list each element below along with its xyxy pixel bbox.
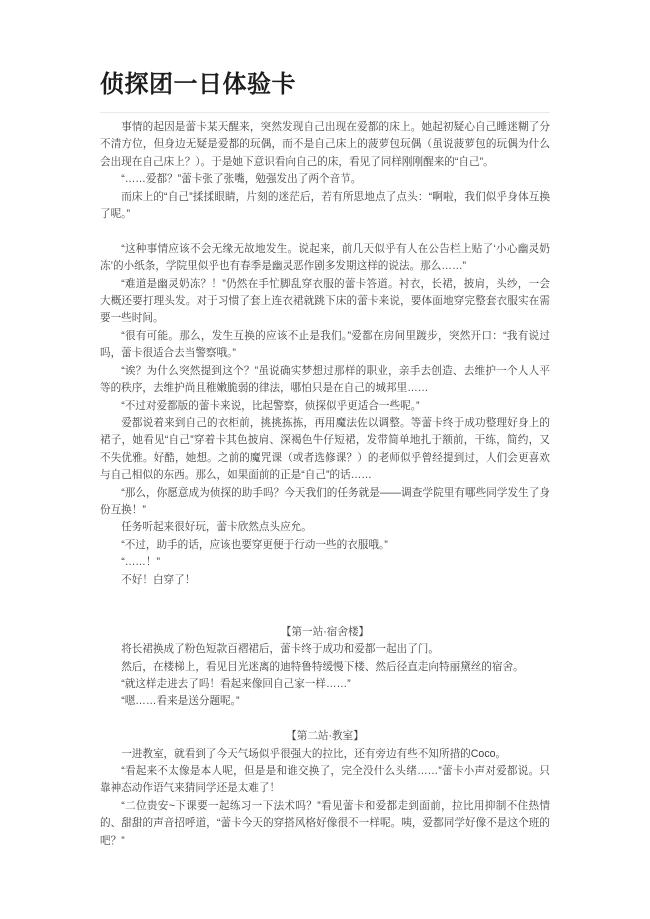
paragraph: “这种事情应该不会无缘无故地发生。说起来，前几天似乎有人在公告栏上贴了‘小心幽灵…	[100, 241, 550, 276]
paragraph: “……爱都？”蕾卡张了张嘴，勉强发出了两个音节。	[100, 171, 550, 188]
paragraph: 一进教室，就看到了今天气场似乎很强大的拉比，还有旁边有些不知所措的Coco。	[100, 746, 550, 763]
paragraph: “诶？为什么突然提到这个？”虽说确实梦想过那样的职业，亲手去创造、去维护一个人人…	[100, 363, 550, 398]
page-title: 侦探团一日体验卡	[100, 70, 550, 100]
paragraph: 然后，在楼梯上，看见目光迷离的迪特鲁特缓慢下楼、然后径直走向特丽黛丝的宿舍。	[100, 659, 550, 676]
blank-line	[100, 589, 550, 606]
paragraph: 任务听起来很好玩，蕾卡欣然点头应允。	[100, 519, 550, 536]
paragraph: “二位贵安~下课要一起练习一下法术吗？”看见蕾卡和爱都走到面前，拉比用抑制不住热…	[100, 798, 550, 850]
paragraph: 事情的起因是蕾卡某天醒来，突然发现自己出现在爱都的床上。她起初疑心自己睡迷糊了分…	[100, 119, 550, 171]
paragraph: “嗯……看来是送分题呢。”	[100, 693, 550, 710]
blank-line	[100, 223, 550, 240]
paragraph: “不过对爱都版的蕾卡来说，比起警察，侦探似乎更适合一些呢。”	[100, 398, 550, 415]
paragraph: 爱都说着来到自己的衣柜前，挑挑拣拣，再用魔法佐以调整。等蕾卡终于成功整理好身上的…	[100, 415, 550, 485]
section-heading: 【第一站·宿舍楼】	[100, 624, 550, 641]
paragraph: “……！”	[100, 554, 550, 571]
blank-line	[100, 711, 550, 728]
paragraph: 而床上的“自己”揉揉眼睛，片刻的迷茫后，若有所思地点了点头：“啊啦，我们似乎身体…	[100, 189, 550, 224]
paragraph: “不过，助手的话，应该也要穿更便于行动一些的衣服哦。”	[100, 537, 550, 554]
paragraph: 不好！白穿了！	[100, 572, 550, 589]
blank-line	[100, 606, 550, 623]
paragraph: “那么，你愿意成为侦探的助手吗？今天我们的任务就是——调查学院里有哪些同学发生了…	[100, 485, 550, 520]
title-divider	[100, 112, 550, 113]
paragraph: “看起来不太像是本人呢，但是是和谁交换了，完全没什么头绪……”蕾卡小声对爱都说。…	[100, 763, 550, 798]
paragraph: “就这样走进去了吗！看起来像回自己家一样……”	[100, 676, 550, 693]
paragraph: “很有可能。那么，发生互换的应该不止是我们。”爱都在房间里踱步，突然开口：“我有…	[100, 328, 550, 363]
section-heading: 【第二站·教室】	[100, 728, 550, 745]
paragraph: “难道是幽灵奶冻？！”仍然在手忙脚乱穿衣服的蕾卡答道。衬衣，长裙，披肩，头纱，一…	[100, 276, 550, 328]
document-page: 侦探团一日体验卡 事情的起因是蕾卡某天醒来，突然发现自己出现在爱都的床上。她起初…	[100, 0, 550, 850]
document-body: 事情的起因是蕾卡某天醒来，突然发现自己出现在爱都的床上。她起初疑心自己睡迷糊了分…	[100, 119, 550, 850]
paragraph: 将长裙换成了粉色短款百褶裙后，蕾卡终于成功和爱都一起出了门。	[100, 641, 550, 658]
